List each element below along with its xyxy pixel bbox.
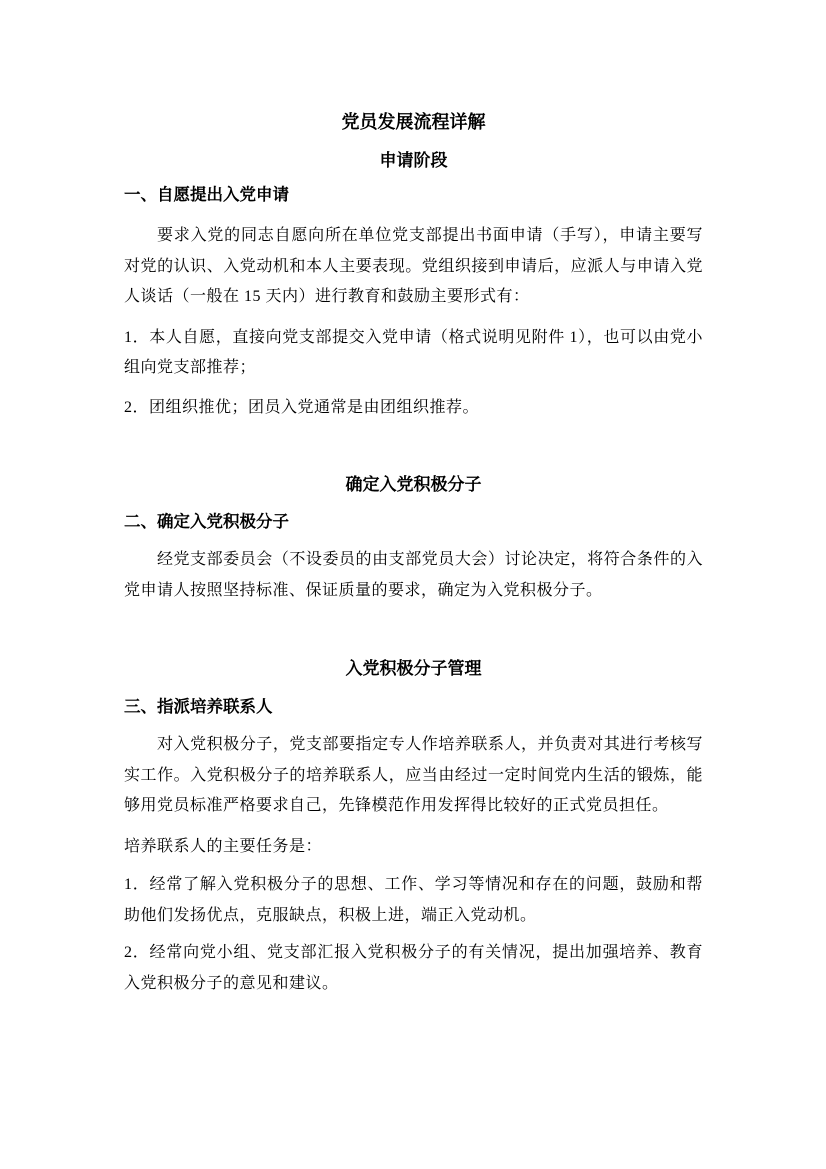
paragraph-tasks-lead-in: 培养联系人的主要任务是： [124,832,703,863]
section-heading-voluntary-application: 一、自愿提出入党申请 [124,180,703,210]
document-page: 党员发展流程详解 申请阶段 一、自愿提出入党申请 要求入党的同志自愿向所在单位党… [0,0,826,1169]
stage-title-activist-management: 入党积极分子管理 [124,654,703,684]
document-content: 党员发展流程详解 申请阶段 一、自愿提出入党申请 要求入党的同志自愿向所在单位党… [124,0,703,999]
document-title: 党员发展流程详解 [124,107,703,137]
list-item-application-1: 1．本人自愿，直接向党支部提交入党申请（格式说明见附件 1），也可以由党小组向党… [124,323,703,384]
stage-title-application: 申请阶段 [124,146,703,176]
paragraph-application-intro: 要求入党的同志自愿向所在单位党支部提出书面申请（手写），申请主要写对党的认识、入… [124,221,703,313]
list-item-task-2: 2．经常向党小组、党支部汇报入党积极分子的有关情况，提出加强培养、教育入党积极分… [124,938,703,999]
section-heading-assign-contact: 三、指派培养联系人 [124,692,703,722]
list-item-application-2: 2．团组织推优；团员入党通常是由团组织推荐。 [124,393,703,424]
stage-title-determine-activist: 确定入党积极分子 [124,470,703,500]
paragraph-assign-contact-intro: 对入党积极分子，党支部要指定专人作培养联系人，并负责对其进行考核写实工作。入党积… [124,730,703,822]
list-item-task-1: 1．经常了解入党积极分子的思想、工作、学习等情况和存在的问题，鼓励和帮助他们发扬… [124,870,703,931]
section-heading-determine-activist: 二、确定入党积极分子 [124,507,703,537]
paragraph-determine-activist: 经党支部委员会（不设委员的由支部党员大会）讨论决定，将符合条件的入党申请人按照坚… [124,545,703,606]
